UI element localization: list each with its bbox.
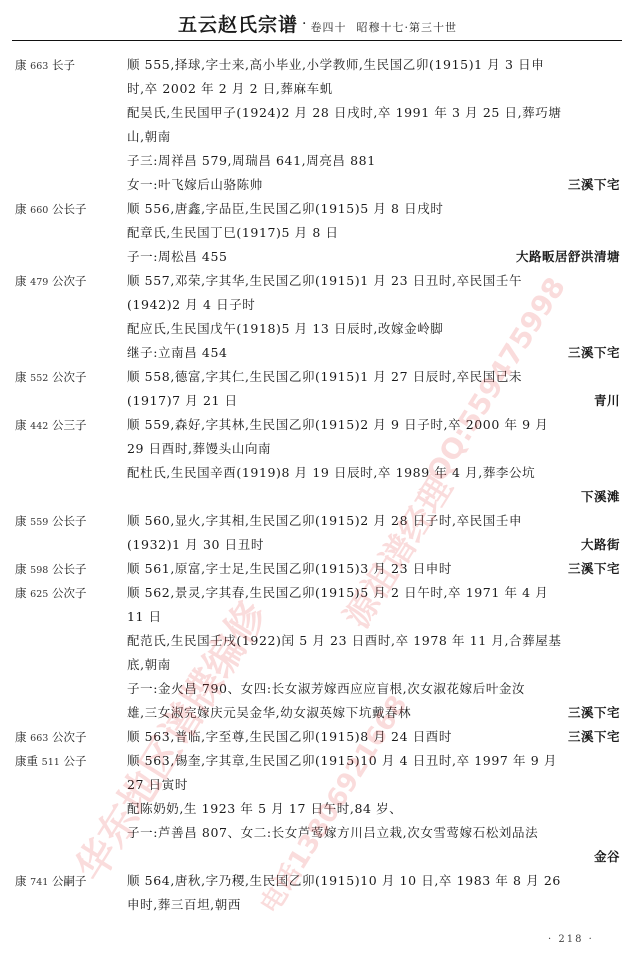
relation-label: 公嗣子 bbox=[52, 874, 87, 888]
entry-line: 子一:周松昌 455大路畈居舒洪清塘 bbox=[127, 245, 620, 269]
entry-text: 顺 557,邓荣,字其华,生民国乙卯(1915)1 月 23 日丑时,卒民国壬午 bbox=[127, 273, 522, 288]
parent-number: 442 bbox=[30, 421, 48, 432]
parent-label: 康 663 长子 bbox=[15, 53, 120, 79]
entry-line: (1917)7 月 21 日青川 bbox=[127, 389, 620, 413]
entry-text: 配章氏,生民国丁巳(1917)5 月 8 日 bbox=[127, 225, 339, 240]
generation-label: 昭穆十七·第三十世 bbox=[356, 21, 457, 34]
parent-number: 741 bbox=[30, 877, 48, 888]
entry-line: (1942)2 月 4 日子时 bbox=[127, 293, 620, 317]
parent-number: 625 bbox=[30, 589, 48, 600]
entry-text: 配杜氏,生民国辛酉(1919)8 月 19 日辰时,卒 1989 年 4 月,葬… bbox=[127, 465, 535, 480]
genealogy-entry: 康 552 公次子顺 558,德富,字其仁,生民国乙卯(1915)1 月 27 … bbox=[0, 365, 635, 413]
residence-place: 三溪下宅 bbox=[568, 701, 620, 725]
residence-place: 大路畈居舒洪清塘 bbox=[516, 245, 620, 269]
entry-text: 继子:立南昌 454 bbox=[127, 345, 228, 360]
parent-number: 552 bbox=[30, 373, 48, 384]
parent-name: 康 bbox=[15, 202, 27, 216]
entry-line: 底,朝南 bbox=[127, 653, 620, 677]
parent-name: 康 bbox=[15, 586, 27, 600]
entry-text: 顺 558,德富,字其仁,生民国乙卯(1915)1 月 27 日辰时,卒民国己未 bbox=[127, 369, 522, 384]
parent-label: 康 660 公长子 bbox=[15, 197, 120, 223]
parent-label: 康 663 公次子 bbox=[15, 725, 120, 751]
entry-line: 顺 555,择球,字士来,高小毕业,小学教师,生民国乙卯(1915)1 月 3 … bbox=[127, 53, 620, 77]
entry-line: 子一:金火昌 790、女四:长女淑芳嫁西应应盲根,次女淑花嫁后叶金汝 bbox=[127, 677, 620, 701]
entry-line: 顺 557,邓荣,字其华,生民国乙卯(1915)1 月 23 日丑时,卒民国壬午 bbox=[127, 269, 620, 293]
entry-text: 27 日寅时 bbox=[127, 777, 188, 792]
entry-text: 顺 563,锡奎,字其章,生民国乙卯(1915)10 月 4 日丑时,卒 199… bbox=[127, 753, 557, 768]
relation-label: 公长子 bbox=[52, 562, 87, 576]
title-separator: · bbox=[302, 16, 306, 32]
parent-label: 康 559 公长子 bbox=[15, 509, 120, 535]
residence-place: 大路街 bbox=[581, 533, 620, 557]
entry-line: 继子:立南昌 454三溪下宅 bbox=[127, 341, 620, 365]
entry-text: (1917)7 月 21 日 bbox=[127, 393, 238, 408]
entry-line: 雄,三女淑完嫁庆元吴金华,幼女淑英嫁下坑戴春林三溪下宅 bbox=[127, 701, 620, 725]
parent-number: 598 bbox=[30, 565, 48, 576]
entry-text: 顺 556,唐鑫,字品臣,生民国乙卯(1915)5 月 8 日戌时 bbox=[127, 201, 443, 216]
entry-text: 子一:金火昌 790、女四:长女淑芳嫁西应应盲根,次女淑花嫁后叶金汝 bbox=[127, 681, 525, 696]
genealogy-entry: 康重 511 公子顺 563,锡奎,字其章,生民国乙卯(1915)10 月 4 … bbox=[0, 749, 635, 869]
entry-text: 顺 563,普临,字至尊,生民国乙卯(1915)8 月 24 日酉时 bbox=[127, 729, 452, 744]
entry-line: 山,朝南 bbox=[127, 125, 620, 149]
relation-label: 公次子 bbox=[52, 586, 87, 600]
entry-text: 顺 561,原富,字士足,生民国乙卯(1915)3 月 23 日申时 bbox=[127, 561, 452, 576]
header-rule bbox=[12, 40, 622, 41]
residence-place: 下溪滩 bbox=[581, 485, 620, 509]
genealogy-entry: 康 559 公长子顺 560,显火,字其相,生民国乙卯(1915)2 月 28 … bbox=[0, 509, 635, 557]
relation-label: 公次子 bbox=[52, 370, 87, 384]
parent-name: 康 bbox=[15, 514, 27, 528]
genealogy-entry: 康 598 公长子顺 561,原富,字士足,生民国乙卯(1915)3 月 23 … bbox=[0, 557, 635, 581]
entry-line: 申时,葬三百坦,朝西 bbox=[127, 893, 620, 917]
entry-line: 配杜氏,生民国辛酉(1919)8 月 19 日辰时,卒 1989 年 4 月,葬… bbox=[127, 461, 620, 485]
entry-text: 配应氏,生民国戊午(1918)5 月 13 日辰时,改嫁金岭脚 bbox=[127, 321, 443, 336]
entry-text: (1942)2 月 4 日子时 bbox=[127, 297, 255, 312]
genealogy-entry: 康 663 公次子顺 563,普临,字至尊,生民国乙卯(1915)8 月 24 … bbox=[0, 725, 635, 749]
entry-line: 顺 562,景灵,字其春,生民国乙卯(1915)5 月 2 日午时,卒 1971… bbox=[127, 581, 620, 605]
entry-line: 配章氏,生民国丁巳(1917)5 月 8 日 bbox=[127, 221, 620, 245]
entry-text: 雄,三女淑完嫁庆元吴金华,幼女淑英嫁下坑戴春林 bbox=[127, 705, 411, 720]
residence-place: 三溪下宅 bbox=[568, 725, 620, 749]
entry-line: 顺 564,唐秋,字乃稷,生民国乙卯(1915)10 月 10 日,卒 1983… bbox=[127, 869, 620, 893]
entry-text: 底,朝南 bbox=[127, 657, 171, 672]
genealogy-entry: 康 741 公嗣子顺 564,唐秋,字乃稷,生民国乙卯(1915)10 月 10… bbox=[0, 869, 635, 917]
entry-text: 申时,葬三百坦,朝西 bbox=[127, 897, 241, 912]
parent-label: 康 479 公次子 bbox=[15, 269, 120, 295]
entry-line: 27 日寅时 bbox=[127, 773, 620, 797]
entry-text: 顺 564,唐秋,字乃稷,生民国乙卯(1915)10 月 10 日,卒 1983… bbox=[127, 873, 561, 888]
genealogy-entry: 康 625 公次子顺 562,景灵,字其春,生民国乙卯(1915)5 月 2 日… bbox=[0, 581, 635, 725]
entry-text: 11 日 bbox=[127, 609, 162, 624]
entry-line: 29 日酉时,葬馒头山向南 bbox=[127, 437, 620, 461]
residence-place: 三溪下宅 bbox=[568, 173, 620, 197]
genealogy-entry: 康 442 公三子顺 559,森好,字其林,生民国乙卯(1915)2 月 9 日… bbox=[0, 413, 635, 509]
entry-text: 配吴氏,生民国甲子(1924)2 月 28 日戌时,卒 1991 年 3 月 2… bbox=[127, 105, 561, 120]
residence-place: 金谷 bbox=[594, 845, 620, 869]
parent-number: 511 bbox=[42, 757, 60, 768]
entry-line: 下溪滩 bbox=[127, 485, 620, 509]
volume-label: 卷四十 bbox=[310, 21, 346, 34]
entry-text: 配陈奶奶,生 1923 年 5 月 17 日午时,84 岁、 bbox=[127, 801, 402, 816]
entry-line: 女一:叶飞嫁后山骆陈帅三溪下宅 bbox=[127, 173, 620, 197]
parent-label: 康重 511 公子 bbox=[15, 749, 120, 775]
page-number: · 218 · bbox=[548, 934, 594, 945]
relation-label: 公次子 bbox=[52, 274, 87, 288]
entry-text: 顺 559,森好,字其林,生民国乙卯(1915)2 月 9 日子时,卒 2000… bbox=[127, 417, 548, 432]
parent-label: 康 442 公三子 bbox=[15, 413, 120, 439]
parent-name: 康重 bbox=[15, 754, 38, 768]
entry-text: 顺 560,显火,字其相,生民国乙卯(1915)2 月 28 日子时,卒民国壬申 bbox=[127, 513, 522, 528]
parent-label: 康 552 公次子 bbox=[15, 365, 120, 391]
entry-line: 配范氏,生民国壬戌(1922)闰 5 月 23 日酉时,卒 1978 年 11 … bbox=[127, 629, 620, 653]
parent-label: 康 741 公嗣子 bbox=[15, 869, 120, 895]
entry-line: 顺 563,普临,字至尊,生民国乙卯(1915)8 月 24 日酉时三溪下宅 bbox=[127, 725, 620, 749]
entry-text: 子一:芦善昌 807、女二:长女芦莺嫁方川吕立栽,次女雪莺嫁石松刘品法 bbox=[127, 825, 538, 840]
parent-name: 康 bbox=[15, 274, 27, 288]
residence-place: 三溪下宅 bbox=[568, 341, 620, 365]
entry-text: 子一:周松昌 455 bbox=[127, 249, 228, 264]
parent-name: 康 bbox=[15, 58, 27, 72]
genealogy-entries: 康 663 长子顺 555,择球,字士来,高小毕业,小学教师,生民国乙卯(191… bbox=[0, 53, 635, 917]
entry-line: 顺 561,原富,字士足,生民国乙卯(1915)3 月 23 日申时三溪下宅 bbox=[127, 557, 620, 581]
entry-text: 子三:周祥昌 579,周瑞昌 641,周亮昌 881 bbox=[127, 153, 376, 168]
entry-line: 顺 556,唐鑫,字品臣,生民国乙卯(1915)5 月 8 日戌时 bbox=[127, 197, 620, 221]
entry-text: 山,朝南 bbox=[127, 129, 171, 144]
parent-label: 康 625 公次子 bbox=[15, 581, 120, 607]
entry-text: (1932)1 月 30 日丑时 bbox=[127, 537, 264, 552]
entry-line: 配吴氏,生民国甲子(1924)2 月 28 日戌时,卒 1991 年 3 月 2… bbox=[127, 101, 620, 125]
residence-place: 三溪下宅 bbox=[568, 557, 620, 581]
relation-label: 长子 bbox=[52, 58, 75, 72]
entry-line: 时,卒 2002 年 2 月 2 日,葬麻车虮 bbox=[127, 77, 620, 101]
parent-name: 康 bbox=[15, 874, 27, 888]
parent-number: 663 bbox=[30, 733, 48, 744]
entry-line: (1932)1 月 30 日丑时大路街 bbox=[127, 533, 620, 557]
parent-name: 康 bbox=[15, 370, 27, 384]
relation-label: 公次子 bbox=[52, 730, 87, 744]
entry-text: 女一:叶飞嫁后山骆陈帅 bbox=[127, 177, 263, 192]
entry-line: 子三:周祥昌 579,周瑞昌 641,周亮昌 881 bbox=[127, 149, 620, 173]
parent-number: 660 bbox=[30, 205, 48, 216]
entry-line: 配陈奶奶,生 1923 年 5 月 17 日午时,84 岁、 bbox=[127, 797, 620, 821]
parent-name: 康 bbox=[15, 418, 27, 432]
entry-text: 顺 555,择球,字士来,高小毕业,小学教师,生民国乙卯(1915)1 月 3 … bbox=[127, 57, 544, 72]
parent-label: 康 598 公长子 bbox=[15, 557, 120, 583]
parent-number: 663 bbox=[30, 61, 48, 72]
relation-label: 公三子 bbox=[52, 418, 87, 432]
relation-label: 公长子 bbox=[52, 514, 87, 528]
entry-line: 顺 563,锡奎,字其章,生民国乙卯(1915)10 月 4 日丑时,卒 199… bbox=[127, 749, 620, 773]
residence-place: 青川 bbox=[594, 389, 620, 413]
relation-label: 公子 bbox=[63, 754, 86, 768]
parent-number: 559 bbox=[30, 517, 48, 528]
entry-text: 时,卒 2002 年 2 月 2 日,葬麻车虮 bbox=[127, 81, 333, 96]
entry-line: 配应氏,生民国戊午(1918)5 月 13 日辰时,改嫁金岭脚 bbox=[127, 317, 620, 341]
entry-line: 11 日 bbox=[127, 605, 620, 629]
parent-name: 康 bbox=[15, 730, 27, 744]
page-header: 五云赵氏宗谱·卷四十昭穆十七·第三十世 bbox=[0, 10, 635, 40]
entry-line: 顺 560,显火,字其相,生民国乙卯(1915)2 月 28 日子时,卒民国壬申 bbox=[127, 509, 620, 533]
entry-text: 顺 562,景灵,字其春,生民国乙卯(1915)5 月 2 日午时,卒 1971… bbox=[127, 585, 548, 600]
entry-line: 顺 559,森好,字其林,生民国乙卯(1915)2 月 9 日子时,卒 2000… bbox=[127, 413, 620, 437]
book-title: 五云赵氏宗谱 bbox=[178, 14, 298, 36]
genealogy-entry: 康 660 公长子顺 556,唐鑫,字品臣,生民国乙卯(1915)5 月 8 日… bbox=[0, 197, 635, 269]
relation-label: 公长子 bbox=[52, 202, 87, 216]
parent-number: 479 bbox=[30, 277, 48, 288]
parent-name: 康 bbox=[15, 562, 27, 576]
entry-line: 金谷 bbox=[127, 845, 620, 869]
genealogy-entry: 康 663 长子顺 555,择球,字士来,高小毕业,小学教师,生民国乙卯(191… bbox=[0, 53, 635, 197]
entry-text: 29 日酉时,葬馒头山向南 bbox=[127, 441, 271, 456]
entry-line: 顺 558,德富,字其仁,生民国乙卯(1915)1 月 27 日辰时,卒民国己未 bbox=[127, 365, 620, 389]
genealogy-entry: 康 479 公次子顺 557,邓荣,字其华,生民国乙卯(1915)1 月 23 … bbox=[0, 269, 635, 365]
entry-text: 配范氏,生民国壬戌(1922)闰 5 月 23 日酉时,卒 1978 年 11 … bbox=[127, 633, 561, 648]
entry-line: 子一:芦善昌 807、女二:长女芦莺嫁方川吕立栽,次女雪莺嫁石松刘品法 bbox=[127, 821, 620, 845]
